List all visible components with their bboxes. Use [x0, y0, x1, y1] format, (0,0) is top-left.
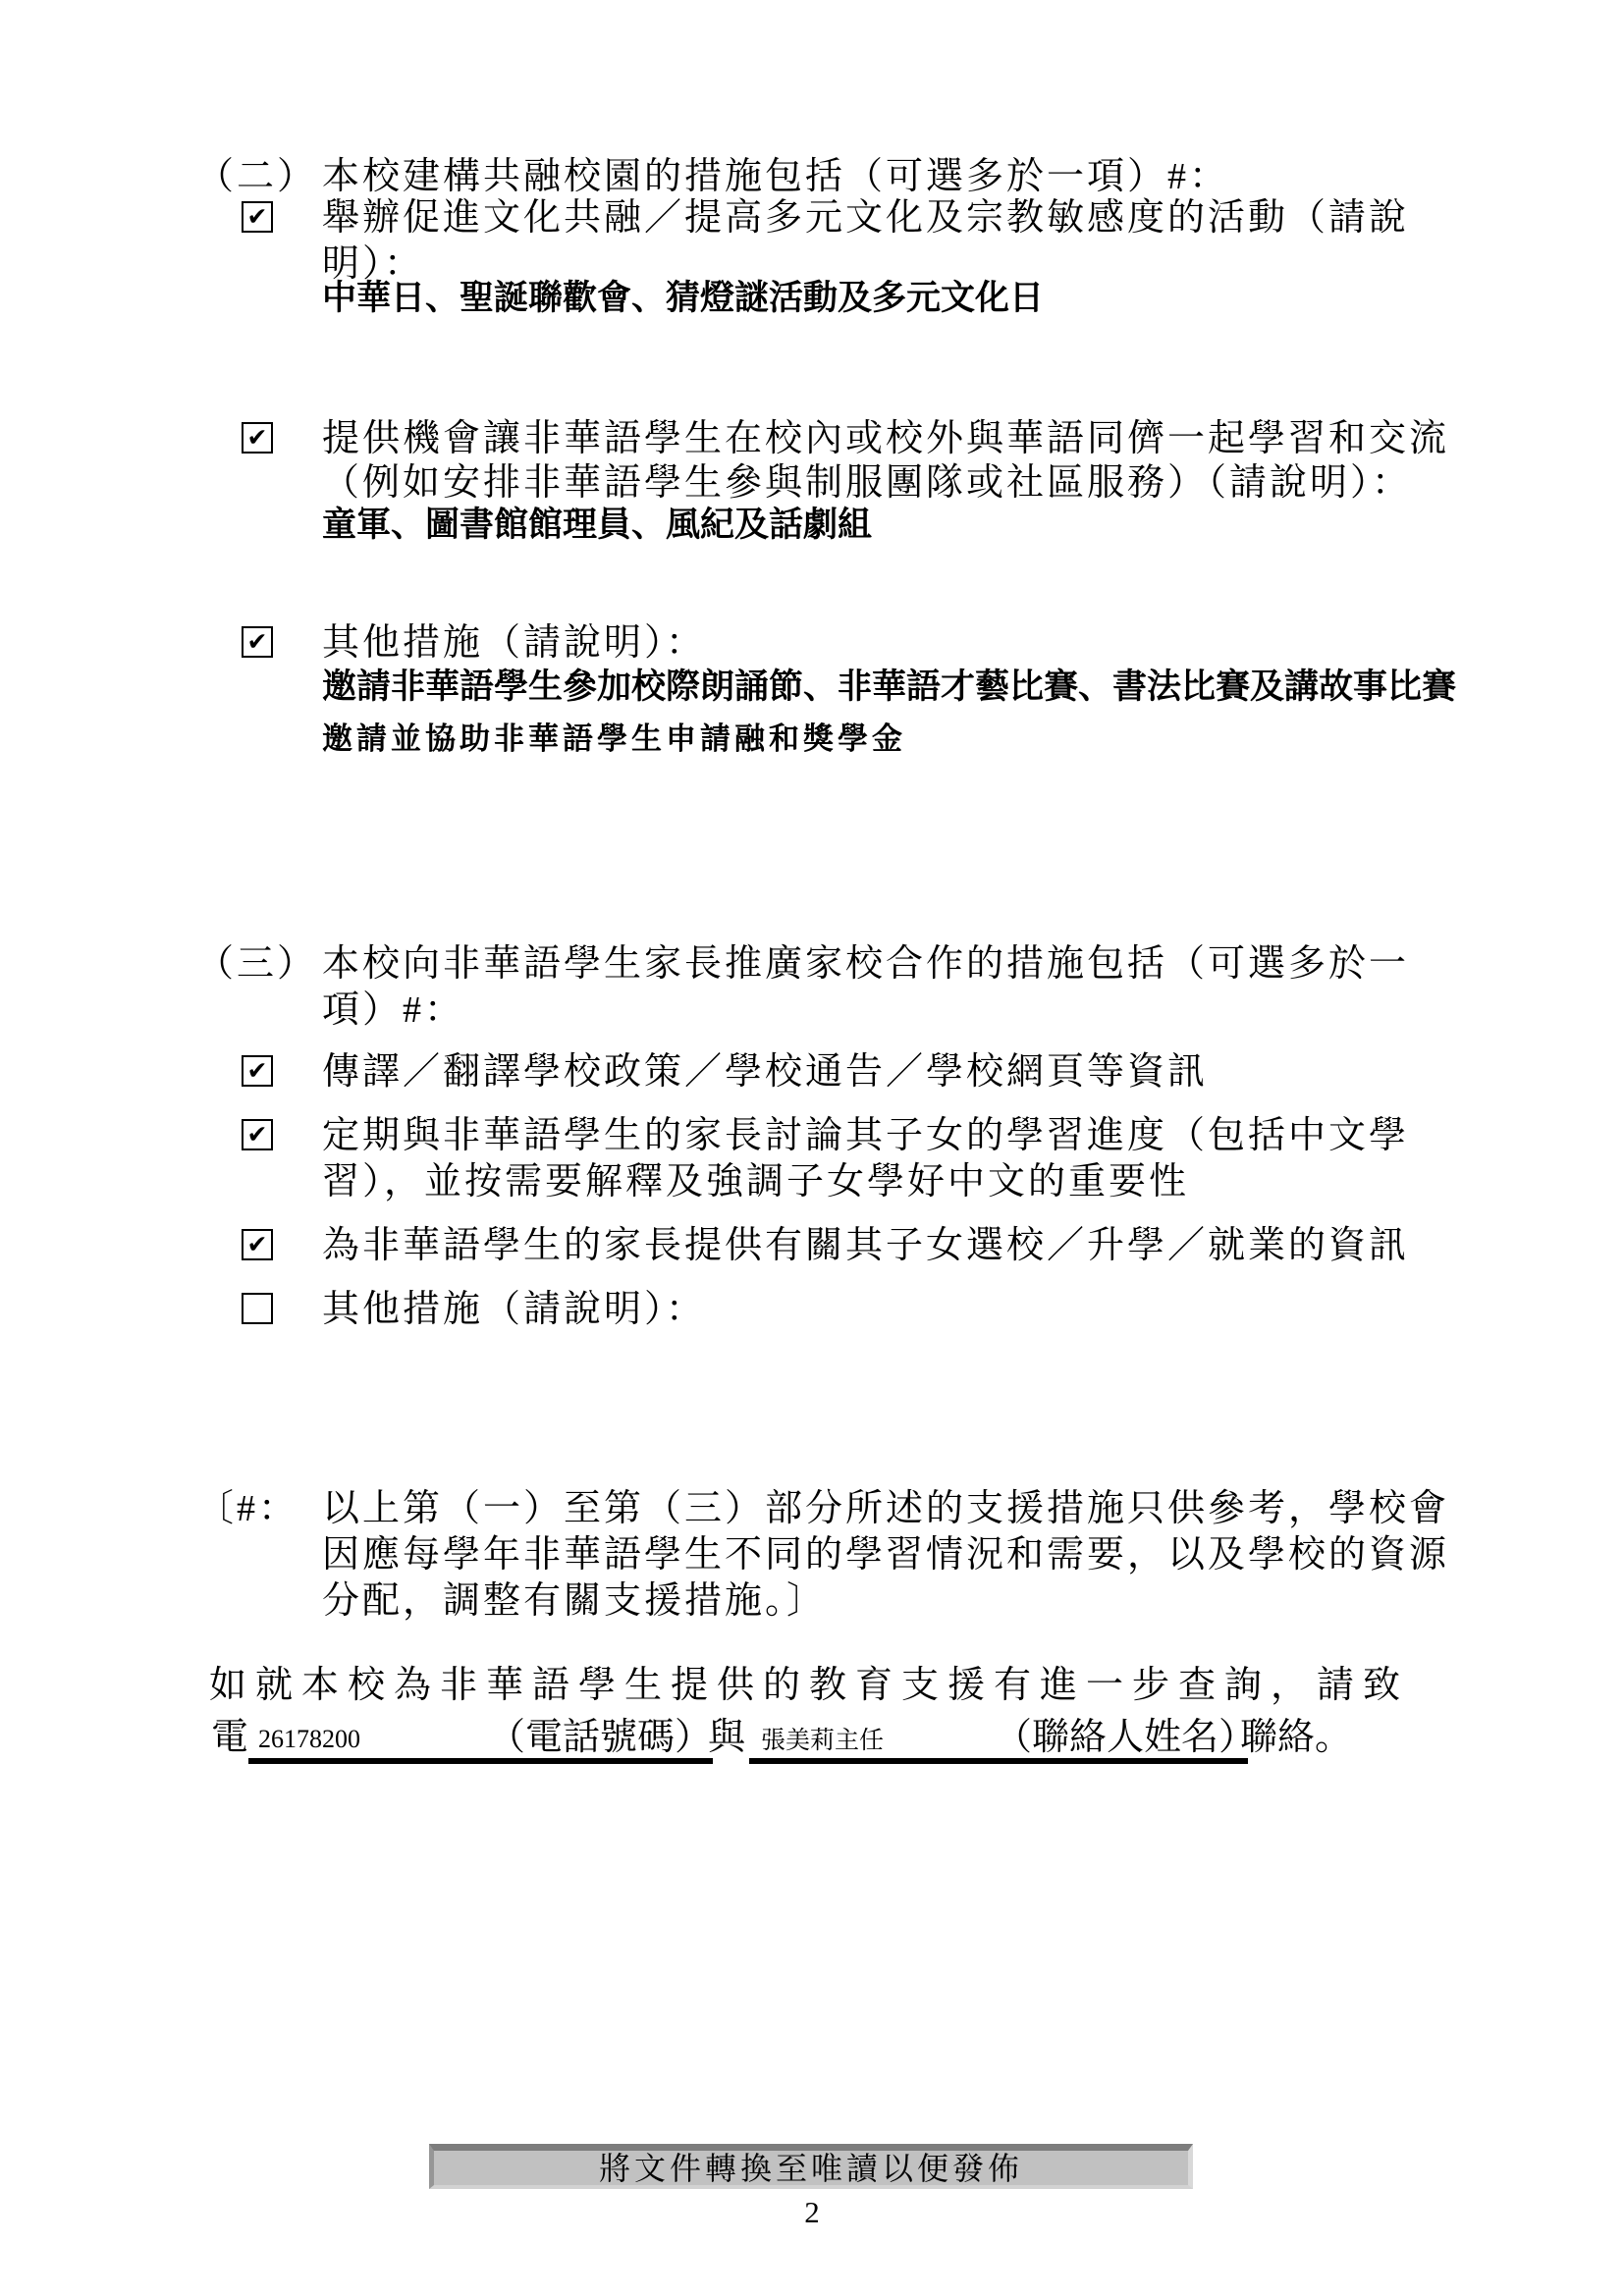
section-2-item-2-line-1: 提供機會讓非華語學生在校內或校外與華語同儕一起學習和交流 [322, 416, 1449, 461]
checkbox-translation-info[interactable]: ✔ [242, 1055, 273, 1087]
contact-line-1: 如就本校為非華語學生提供的教育支援有進一步查詢，請致 [209, 1663, 1409, 1708]
checkbox-other-measures-s3[interactable] [242, 1293, 273, 1324]
phone-number-value: 26178200 [258, 1725, 360, 1754]
document-page: （二） 本校建構共融校園的措施包括（可選多於一項）#： ✔ 舉辦促進文化共融／提… [0, 0, 1624, 2296]
footnote-line-1: 以上第（一）至第（三）部分所述的支援措施只供參考，學校會 [322, 1486, 1449, 1531]
contact-prefix: 電 [211, 1715, 248, 1760]
section-2-item-1-answer: 中華日、聖誕聯歡會、猜燈謎活動及多元文化日 [322, 277, 1044, 320]
contact-conjunction: 與 [708, 1715, 745, 1760]
section-3-item-4-line-1: 其他措施（請說明）： [322, 1287, 706, 1332]
footnote-label: 〔#： [196, 1486, 298, 1531]
section-3-item-1-line-1: 傳譯／翻譯學校政策／學校通告／學校網頁等資訊 [322, 1049, 1208, 1095]
section-3-item-2-line-2: 習），並按需要解釋及強調子女學好中文的重要性 [322, 1159, 1189, 1204]
footnote-line-3: 分配，調整有關支援措施。〕 [322, 1578, 827, 1624]
contact-name-label: （聯絡人姓名） [995, 1715, 1256, 1760]
section-3-heading-line-1: 本校向非華語學生家長推廣家校合作的措施包括（可選多於一 [322, 941, 1409, 987]
section-2-item-1-line-1: 舉辦促進文化共融／提高多元文化及宗教敏感度的活動（請說 [322, 195, 1409, 240]
section-2-item-3-answer: 邀請非華語學生參加校際朗誦節、非華語才藝比賽、書法比賽及講故事比賽 [322, 666, 1456, 709]
phone-label: （電話號碼） [488, 1715, 712, 1760]
checkbox-peer-learning[interactable]: ✔ [242, 422, 273, 454]
convert-readonly-button[interactable]: 將文件轉換至唯讀以便發佈 [429, 2144, 1193, 2189]
section-3-item-2-line-1: 定期與非華語學生的家長討論其子女的學習進度（包括中文學 [322, 1113, 1409, 1158]
section-2-item-3-answer-2: 邀請並協助非華語學生申請融和獎學金 [322, 720, 906, 759]
section-2-item-2-answer: 童軍、圖書館館理員、風紀及話劇組 [322, 504, 872, 547]
contact-line-2: 電 26178200 （電話號碼） 與 張美莉主任 （聯絡人姓名） 聯絡。 [211, 1715, 1448, 1770]
checkbox-parent-discussion[interactable]: ✔ [242, 1119, 273, 1150]
footnote-line-2: 因應每學年非華語學生不同的學習情況和需要，以及學校的資源 [322, 1532, 1449, 1577]
section-3-label: （三） [196, 941, 317, 987]
section-3-heading-line-2: 項）#： [322, 988, 464, 1033]
contact-name-value: 張美莉主任 [761, 1727, 884, 1756]
section-2-label: （二） [196, 154, 317, 199]
contact-suffix: 聯絡。 [1240, 1715, 1352, 1760]
checkbox-cultural-activities[interactable]: ✔ [242, 201, 273, 233]
section-2-item-3-line-1: 其他措施（請說明）： [322, 620, 706, 666]
checkbox-school-career-info[interactable]: ✔ [242, 1229, 273, 1260]
checkbox-other-measures-s2[interactable]: ✔ [242, 626, 273, 658]
section-2-item-2-line-2: （例如安排非華語學生參與制服團隊或社區服務）（請說明）： [322, 460, 1412, 506]
section-3-item-3-line-1: 為非華語學生的家長提供有關其子女選校／升學／就業的資訊 [322, 1223, 1409, 1268]
section-2-heading: 本校建構共融校園的措施包括（可選多於一項）#： [322, 154, 1229, 199]
page-number: 2 [0, 2195, 1624, 2230]
